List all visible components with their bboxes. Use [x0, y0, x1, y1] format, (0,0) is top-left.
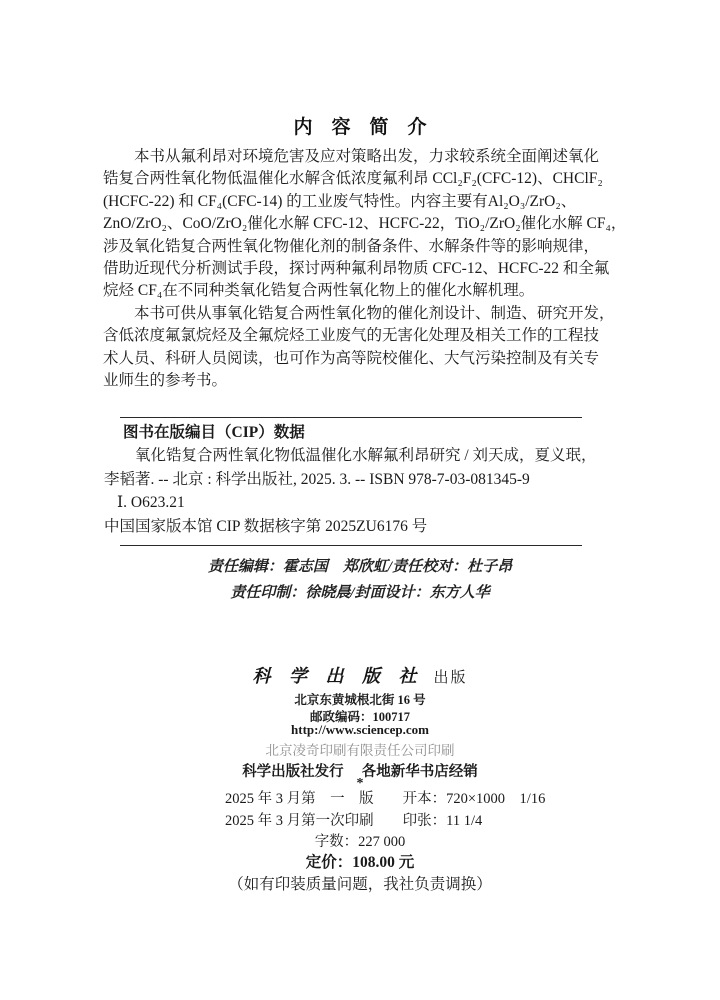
cip-top-rule	[120, 417, 582, 418]
science-press-logo: 科 学 出 版 社	[252, 666, 423, 686]
intro-p1-line: 借助近现代分析测试手段，探讨两种氟利昂物质 CFC-12、HCFC-22 和全氟	[103, 258, 619, 280]
cip-title-author-line: 氧化锆复合两性氧化物低温催化水解氟利昂研究 / 刘天成，夏义珉，	[104, 444, 644, 467]
intro-p1-line: (HCFC-22) 和 CF₄(CFC-14) 的工业废气特性。内容主要有Al₂…	[103, 191, 619, 213]
intro-p2-line: 本书可供从事氧化锆复合两性氧化物的催化剂设计、制造、研究开发，	[103, 303, 619, 325]
printing-company-line: 北京凌奇印刷有限责任公司印刷	[0, 739, 720, 759]
intro-p2-line: 含低浓度氟氯烷烃及全氟烷烃工业废气的无害化处理及相关工作的工程技	[103, 325, 619, 347]
publisher-logo-line: 科 学 出 版 社 出版	[0, 662, 720, 688]
price-line: 定价：108.00 元	[0, 850, 720, 872]
intro-p2-line: 术人员、科研人员阅读，也可作为高等院校催化、大气污染控制及有关专	[103, 348, 619, 370]
cip-publisher-isbn-line: 李韬著. -- 北京 : 科学出版社, 2025. 3. -- ISBN 978…	[104, 468, 644, 491]
printing-sheets-line: 2025 年 3 月第一次印刷 印张：11 1/4	[225, 811, 545, 833]
staff-credits: 责任编辑：霍志国 郑欣虹/责任校对：杜子昂 责任印制：徐晓晨/封面设计：东方人华	[0, 554, 720, 606]
cip-bottom-rule	[120, 545, 582, 546]
intro-text: 本书从氟利昂对环境危害及应对策略出发，力求较系统全面阐述氧化 锆复合两性氧化物低…	[103, 146, 619, 392]
cip-record-number-line: 中国国家版本馆 CIP 数据核字第 2025ZU6176 号	[104, 515, 644, 538]
word-count-line: 字数：227 000	[0, 830, 720, 851]
edition-format-line: 2025 年 3 月第 一 版 开本：720×1000 1/16	[225, 789, 545, 811]
intro-p1-line: ZnO/ZrO₂、CoO/ZrO₂催化水解 CFC-12、HCFC-22，TiO…	[103, 213, 619, 235]
book-copyright-page: 内 容 简 介 本书从氟利昂对环境危害及应对策略出发，力求较系统全面阐述氧化 锆…	[0, 0, 720, 1000]
quality-exchange-note: （如有印装质量问题，我社负责调换）	[0, 872, 720, 894]
intro-p2-line: 业师生的参考书。	[103, 370, 619, 392]
editor-proofreader-line: 责任编辑：霍志国 郑欣虹/责任校对：杜子昂	[0, 554, 720, 580]
cip-block: 图书在版编目（CIP）数据 氧化锆复合两性氧化物低温催化水解氟利昂研究 / 刘天…	[104, 421, 644, 538]
cip-classification-line: Ⅰ. O623.21	[104, 491, 644, 514]
publisher-logo-suffix: 出版	[433, 670, 467, 686]
edition-info: 2025 年 3 月第 一 版 开本：720×1000 1/16 2025 年 …	[225, 789, 545, 832]
intro-p1-line: 涉及氧化锆复合两性氧化物催化剂的制备条件、水解条件等的影响规律，	[103, 236, 619, 258]
intro-p1-line: 本书从氟利昂对环境危害及应对策略出发，力求较系统全面阐述氧化	[103, 146, 619, 168]
intro-p1-line: 烷烃 CF₄在不同种类氧化锆复合两性氧化物上的催化水解机理。	[103, 280, 619, 302]
publisher-website: http://www.sciencep.com	[0, 722, 720, 738]
printing-cover-design-line: 责任印制：徐晓晨/封面设计：东方人华	[0, 580, 720, 606]
publisher-address: 北京东黄城根北街 16 号	[0, 690, 720, 708]
intro-p1-line: 锆复合两性氧化物低温催化水解含低浓度氟利昂 CCl₂F₂(CFC-12)、CHC…	[103, 168, 619, 190]
cip-heading: 图书在版编目（CIP）数据	[104, 421, 644, 444]
page-title: 内 容 简 介	[0, 112, 720, 139]
